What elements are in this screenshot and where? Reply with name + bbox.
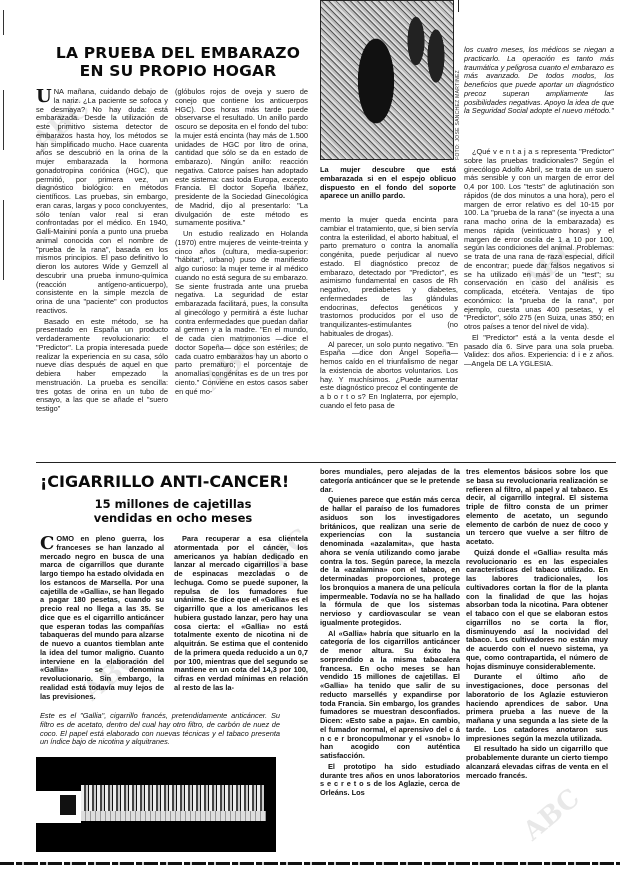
article1-column-2: (glóbulos rojos de oveja y suero de cone…: [175, 88, 308, 398]
margin-mark: [3, 10, 4, 35]
article2-column-4: tres elementos básicos sobre los que se …: [466, 468, 608, 782]
article1-column-3: mento la mujer queda encinta para cambia…: [320, 216, 458, 413]
article1-photo-caption: La mujer descubre que está embarazada si…: [320, 166, 456, 201]
bottom-rule: [0, 862, 620, 865]
article2-column-2: Para recuperar a esa clientela atormenta…: [174, 535, 308, 695]
photo-credit: FOTO: JOSE SANCHEZ MARTINEZ: [455, 70, 461, 160]
article2-photo-caption: Este es el "Gallia", cigarrillo francés,…: [40, 712, 280, 747]
abc-watermark: ABC: [518, 783, 586, 847]
article2-headline: ¡CIGARRILLO ANTI-CANCER!: [40, 472, 289, 491]
article1-column-1: UNA mañana, cuidando debajo de la nariz.…: [36, 88, 168, 416]
margin-mark: [3, 200, 4, 280]
article1-headline: LA PRUEBA DEL EMBARAZO EN SU PROPIO HOGA…: [48, 44, 308, 80]
article1-column-4-cont: ¿Qué v e n t a j a s representa "Predict…: [464, 148, 614, 371]
cigarette-image: [36, 785, 266, 825]
article1-column-4: los cuatro meses, los médicos se niegan …: [464, 46, 614, 118]
article2-column-1: COMO en pleno guerra, los franceses se h…: [40, 535, 164, 703]
section-divider: [36, 462, 616, 463]
box-rule: [458, 0, 459, 12]
newspaper-page: LA PRUEBA DEL EMBARAZO EN SU PROPIO HOGA…: [0, 0, 620, 869]
hand-photo: [320, 0, 454, 160]
article2-subhead: 15 millones de cajetillas vendidas en oc…: [88, 497, 258, 525]
article2-column-3: bores mundiales, pero alejadas de la cat…: [320, 468, 460, 800]
margin-mark: [3, 90, 4, 150]
cigarette-photo: [36, 757, 276, 852]
